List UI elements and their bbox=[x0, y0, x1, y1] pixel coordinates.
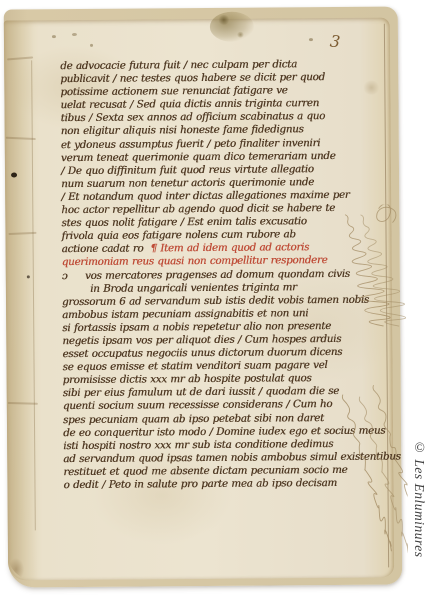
manuscript-line: ɔ vos mercatores pragenses ad domum quon… bbox=[62, 267, 364, 282]
marginalia-annotation bbox=[329, 204, 408, 587]
stain-speck bbox=[72, 33, 77, 36]
sewing-hole-mark bbox=[27, 275, 30, 278]
stain-speck bbox=[90, 44, 93, 47]
stain bbox=[218, 15, 230, 25]
stain bbox=[362, 81, 380, 95]
manuscript-line: hoc actor repellitur ab agendo quod dici… bbox=[61, 202, 363, 217]
manuscript-line: o dedit / Peto in salute pro parte mea a… bbox=[63, 477, 365, 492]
manuscript-leaf: 3 de advocacie futura fuit / nec culpam … bbox=[4, 6, 403, 587]
manuscript-line: verum teneat querimonie quam dico temera… bbox=[61, 149, 363, 164]
stain bbox=[237, 32, 244, 38]
copyright-label: © Les Enluminures bbox=[405, 440, 427, 596]
manuscript-line: grossorum 6 ad servandum sub istis dedit… bbox=[62, 293, 364, 308]
stain-speck bbox=[309, 38, 313, 41]
stain bbox=[210, 12, 254, 42]
manuscript-line: se equos emisse et statim venditori suam… bbox=[63, 359, 365, 374]
sewing-hole-mark bbox=[11, 172, 17, 177]
folio-number: 3 bbox=[329, 32, 341, 52]
stain-speck bbox=[52, 35, 56, 38]
manuscript-photo: 3 de advocacie futura fuit / nec culpam … bbox=[0, 0, 433, 600]
manuscript-line: publicavit / nec testes quos habere se d… bbox=[60, 71, 362, 86]
manuscript-text-block: de advocacie futura fuit / nec culpam pe… bbox=[60, 58, 365, 492]
